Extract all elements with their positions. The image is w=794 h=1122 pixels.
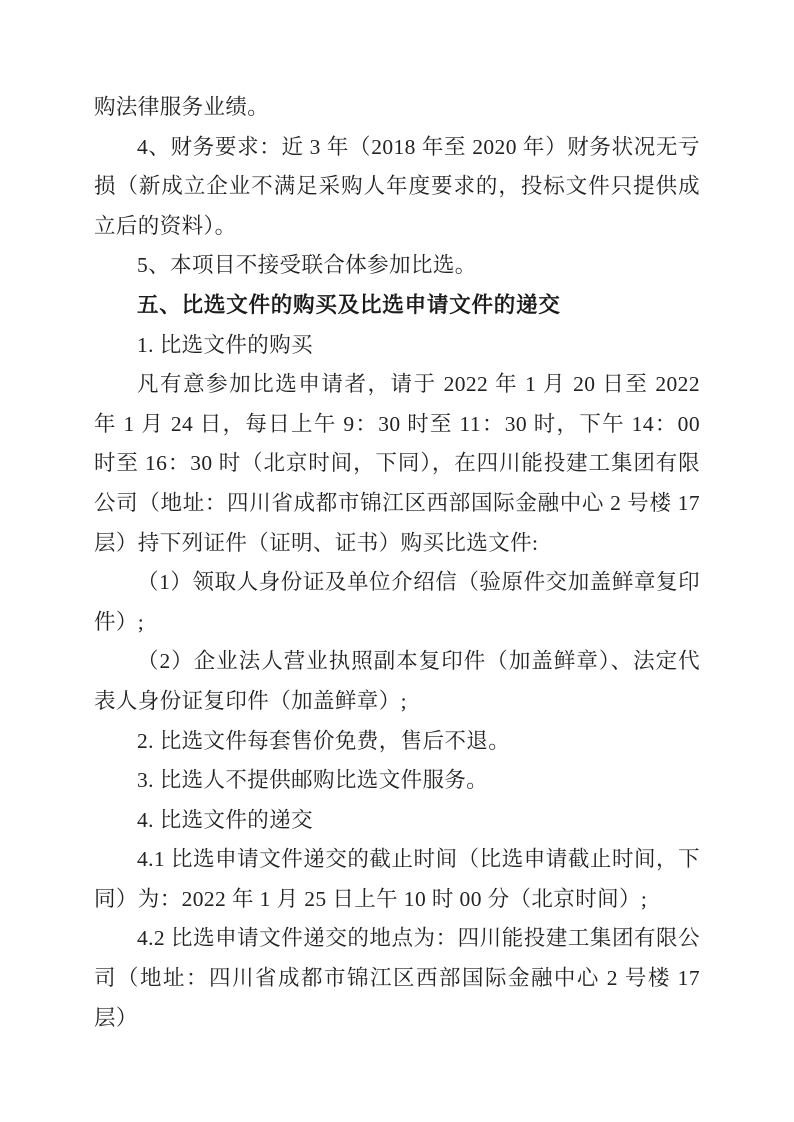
paragraph: 5、本项目不接受联合体参加比选。 xyxy=(94,246,700,286)
paragraph: （1）领取人身份证及单位介绍信（验原件交加盖鲜章复印件）; xyxy=(94,563,700,642)
paragraph: 1. 比选文件的购买 xyxy=(94,326,700,366)
paragraph: 4. 比选文件的递交 xyxy=(94,801,700,841)
paragraph: 购法律服务业绩。 xyxy=(94,88,700,128)
section-heading: 五、比选文件的购买及比选申请文件的递交 xyxy=(94,286,700,326)
paragraph: （2）企业法人营业执照副本复印件（加盖鲜章）、法定代表人身份证复印件（加盖鲜章）… xyxy=(94,642,700,721)
paragraph: 4、财务要求：近 3 年（2018 年至 2020 年）财务状况无亏损（新成立企… xyxy=(94,128,700,247)
paragraph: 凡有意参加比选申请者，请于 2022 年 1 月 20 日至 2022 年 1 … xyxy=(94,365,700,563)
document-page: 购法律服务业绩。4、财务要求：近 3 年（2018 年至 2020 年）财务状况… xyxy=(0,0,794,1122)
paragraph: 4.2 比选申请文件递交的地点为：四川能投建工集团有限公司（地址：四川省成都市锦… xyxy=(94,919,700,1038)
paragraph: 3. 比选人不提供邮购比选文件服务。 xyxy=(94,761,700,801)
document-body: 购法律服务业绩。4、财务要求：近 3 年（2018 年至 2020 年）财务状况… xyxy=(94,88,700,1038)
paragraph: 4.1 比选申请文件递交的截止时间（比选申请截止时间，下同）为：2022 年 1… xyxy=(94,840,700,919)
paragraph: 2. 比选文件每套售价免费，售后不退。 xyxy=(94,722,700,762)
